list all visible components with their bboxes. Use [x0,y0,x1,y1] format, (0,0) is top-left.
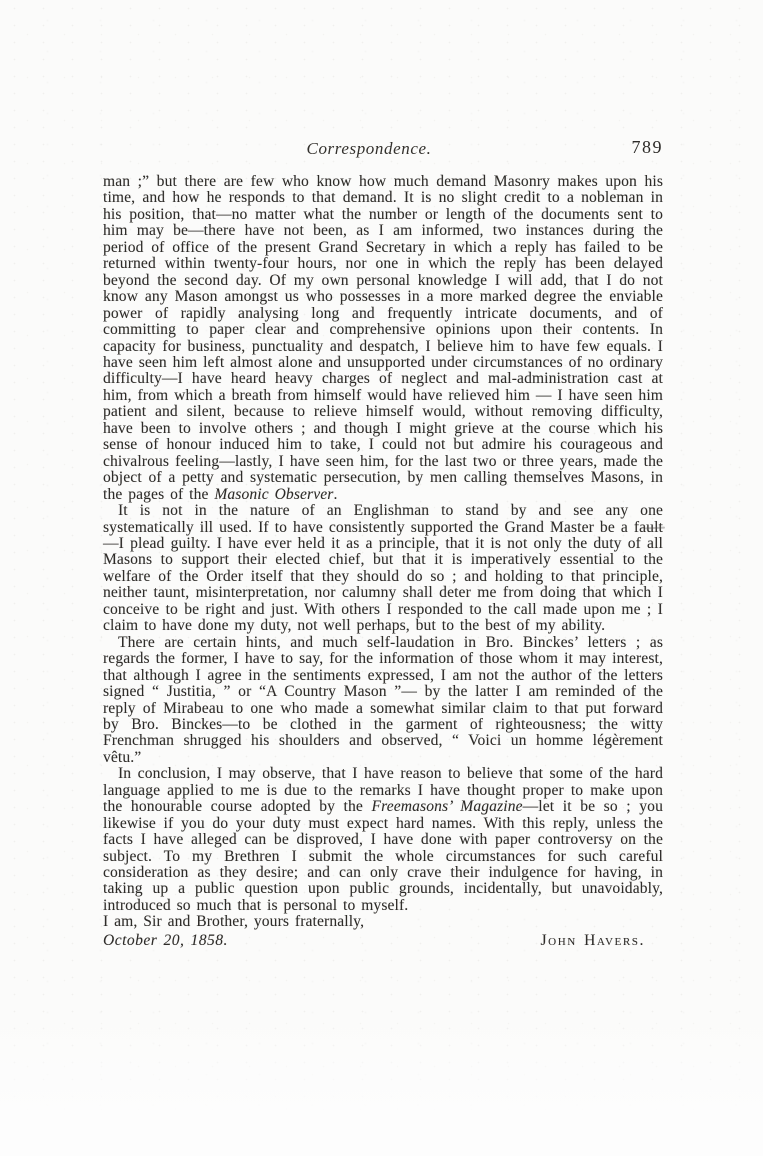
text-run: There are certain hints, and much self-l… [103,634,663,766]
italic-run: Freemasons’ Magazine [371,798,522,815]
text-run: man ;” but there are few who know how mu… [103,173,663,503]
page-number: 789 [632,137,664,158]
text-run: . [333,486,337,503]
paragraph: man ;” but there are few who know how mu… [103,174,663,503]
text-run: It is not in the nature of an Englishman… [103,502,663,634]
running-head: Correspondence. 789 [103,139,663,161]
paragraph: It is not in the nature of an Englishman… [103,503,663,635]
paragraph: In conclusion, I may observe, that I hav… [103,766,663,914]
italic-run: Masonic Observer [214,486,333,503]
closing-date: October 20, 1858. [103,933,228,949]
closing-valediction: I am, Sir and Brother, yours fraternally… [103,914,364,930]
page-title: Correspondence. [89,139,649,159]
closing-signature: John Havers. [541,933,645,949]
paragraph: There are certain hints, and much self-l… [103,635,663,767]
letter-body: man ;” but there are few who know how mu… [103,174,663,949]
text-run: —let it be so ; you likewise if you do y… [103,798,663,914]
signature-row: October 20, 1858. John Havers. [103,933,663,949]
document-page: Correspondence. 789 man ;” but there are… [0,0,763,1156]
